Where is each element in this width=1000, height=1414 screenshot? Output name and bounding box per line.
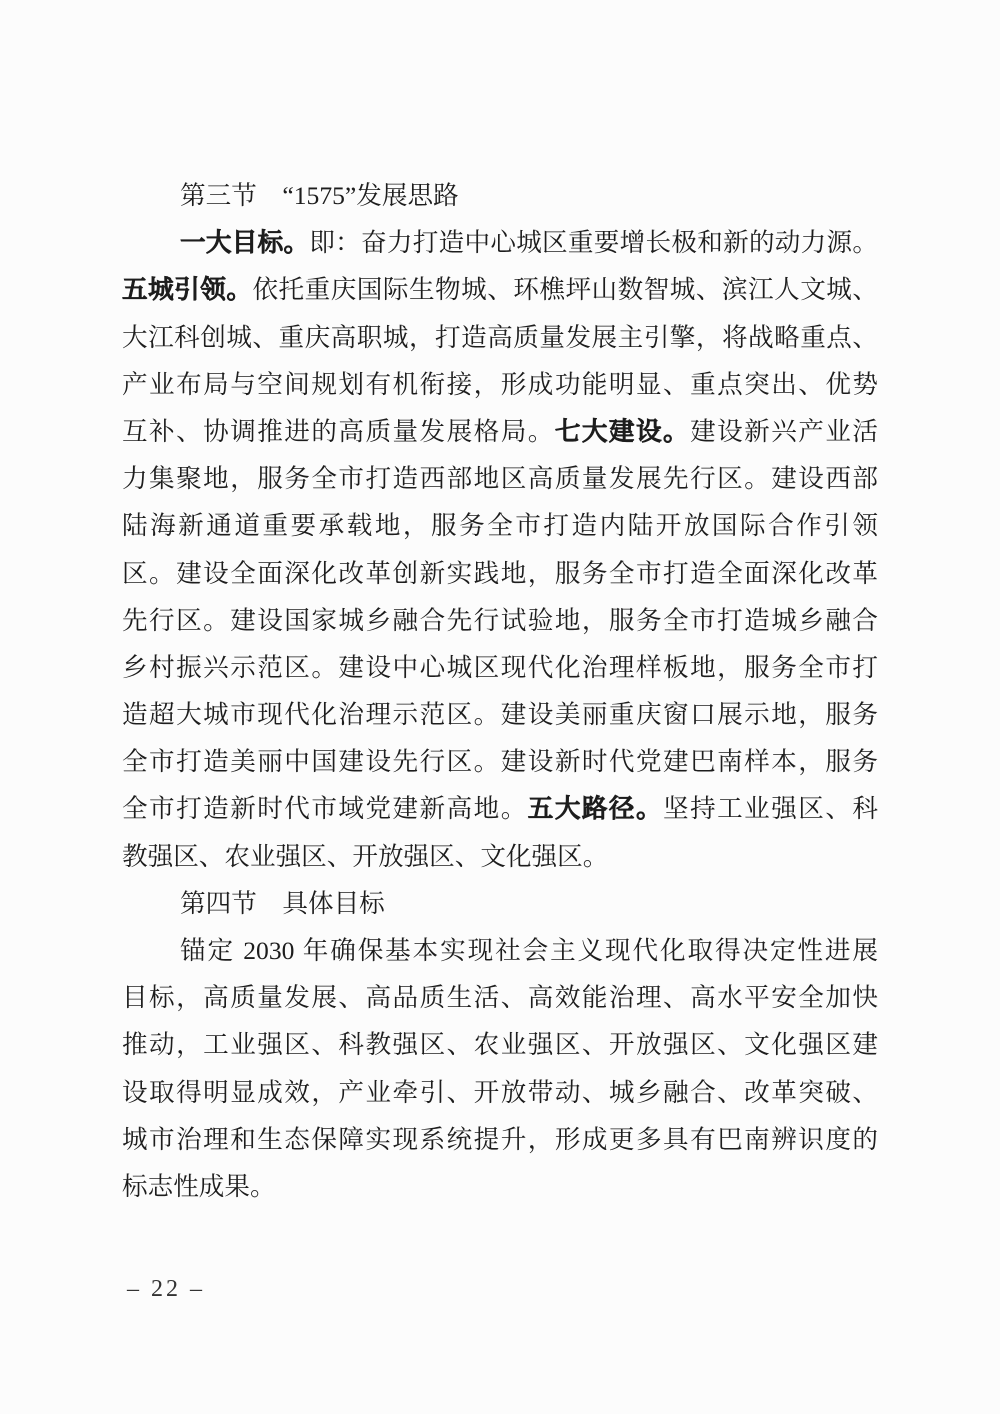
bold-key-phrase: 五大路径。 xyxy=(528,794,663,823)
document-body: 第三节 “1575”发展思路一大目标。即：奋力打造中心城区重要增长极和新的动力源… xyxy=(122,172,878,1210)
body-line: 教强区、农业强区、开放强区、文化强区。 xyxy=(122,833,878,880)
body-line: 设取得明显成效，产业牵引、开放带动、城乡融合、改革突破、 xyxy=(122,1069,878,1116)
text-segment: 陆海新通道重要承载地，服务全市打造内陆开放国际合作引领 xyxy=(122,511,878,540)
text-segment: 全市打造新时代市域党建新高地。 xyxy=(122,794,528,823)
text-segment: 造超大城市现代化治理示范区。建设美丽重庆窗口展示地，服务 xyxy=(122,700,878,729)
body-line: 推动，工业强区、科教强区、农业强区、开放强区、文化强区建 xyxy=(122,1021,878,1068)
text-segment: 区。建设全面深化改革创新实践地，服务全市打造全面深化改革 xyxy=(122,559,878,588)
text-segment: 大江科创城、重庆高职城，打造高质量发展主引擎，将战略重点、 xyxy=(122,323,878,352)
bold-key-phrase: 一大目标。 xyxy=(180,228,309,257)
text-segment: 标志性成果。 xyxy=(122,1172,276,1201)
text-segment: 互补、协调推进的高质量发展格局。 xyxy=(122,417,555,446)
text-segment: 建设新兴产业活 xyxy=(690,417,878,446)
document-page: 第三节 “1575”发展思路一大目标。即：奋力打造中心城区重要增长极和新的动力源… xyxy=(0,0,1000,1414)
body-line: 互补、协调推进的高质量发展格局。七大建设。建设新兴产业活 xyxy=(122,408,878,455)
bold-key-phrase: 五城引领。 xyxy=(122,275,252,304)
body-line: 全市打造新时代市域党建新高地。五大路径。坚持工业强区、科 xyxy=(122,785,878,832)
text-segment: 城市治理和生态保障实现系统提升，形成更多具有巴南辨识度的 xyxy=(122,1125,878,1154)
text-segment: 推动，工业强区、科教强区、农业强区、开放强区、文化强区建 xyxy=(122,1030,878,1059)
body-line: 区。建设全面深化改革创新实践地，服务全市打造全面深化改革 xyxy=(122,550,878,597)
text-segment: 第三节 “1575”发展思路 xyxy=(180,181,459,210)
body-line: 锚定 2030 年确保基本实现社会主义现代化取得决定性进展 xyxy=(122,927,878,974)
section-3-heading: 第三节 “1575”发展思路 xyxy=(122,172,878,219)
text-segment: 依托重庆国际生物城、环樵坪山数智城、滨江人文城、 xyxy=(252,275,878,304)
body-line: 五城引领。依托重庆国际生物城、环樵坪山数智城、滨江人文城、 xyxy=(122,266,878,313)
page-number: – 22 – xyxy=(127,1276,205,1303)
text-segment: 先行区。建设国家城乡融合先行试验地，服务全市打造城乡融合 xyxy=(122,606,878,635)
body-line: 陆海新通道重要承载地，服务全市打造内陆开放国际合作引领 xyxy=(122,502,878,549)
text-segment: 设取得明显成效，产业牵引、开放带动、城乡融合、改革突破、 xyxy=(122,1078,878,1107)
text-segment: 第四节 具体目标 xyxy=(180,889,385,918)
body-line: 全市打造美丽中国建设先行区。建设新时代党建巴南样本，服务 xyxy=(122,738,878,785)
text-segment: 锚定 2030 年确保基本实现社会主义现代化取得决定性进展 xyxy=(180,936,878,965)
body-line: 乡村振兴示范区。建设中心城区现代化治理样板地，服务全市打 xyxy=(122,644,878,691)
bold-key-phrase: 七大建设。 xyxy=(555,417,690,446)
section-4-heading: 第四节 具体目标 xyxy=(122,880,878,927)
text-segment: 坚持工业强区、科 xyxy=(663,794,878,823)
body-line: 一大目标。即：奋力打造中心城区重要增长极和新的动力源。 xyxy=(122,219,878,266)
text-segment: 教强区、农业强区、开放强区、文化强区。 xyxy=(122,842,608,871)
body-line: 目标，高质量发展、高品质生活、高效能治理、高水平安全加快 xyxy=(122,974,878,1021)
body-line: 产业布局与空间规划有机衔接，形成功能明显、重点突出、优势 xyxy=(122,361,878,408)
text-segment: 目标，高质量发展、高品质生活、高效能治理、高水平安全加快 xyxy=(122,983,878,1012)
body-line: 造超大城市现代化治理示范区。建设美丽重庆窗口展示地，服务 xyxy=(122,691,878,738)
text-segment: 力集聚地，服务全市打造西部地区高质量发展先行区。建设西部 xyxy=(122,464,878,493)
text-segment: 乡村振兴示范区。建设中心城区现代化治理样板地，服务全市打 xyxy=(122,653,878,682)
text-segment: 全市打造美丽中国建设先行区。建设新时代党建巴南样本，服务 xyxy=(122,747,878,776)
text-segment: 产业布局与空间规划有机衔接，形成功能明显、重点突出、优势 xyxy=(122,370,878,399)
body-line: 先行区。建设国家城乡融合先行试验地，服务全市打造城乡融合 xyxy=(122,597,878,644)
body-line: 力集聚地，服务全市打造西部地区高质量发展先行区。建设西部 xyxy=(122,455,878,502)
body-line: 标志性成果。 xyxy=(122,1163,878,1210)
body-line: 城市治理和生态保障实现系统提升，形成更多具有巴南辨识度的 xyxy=(122,1116,878,1163)
body-line: 大江科创城、重庆高职城，打造高质量发展主引擎，将战略重点、 xyxy=(122,314,878,361)
text-segment: 即：奋力打造中心城区重要增长极和新的动力源。 xyxy=(309,228,878,257)
